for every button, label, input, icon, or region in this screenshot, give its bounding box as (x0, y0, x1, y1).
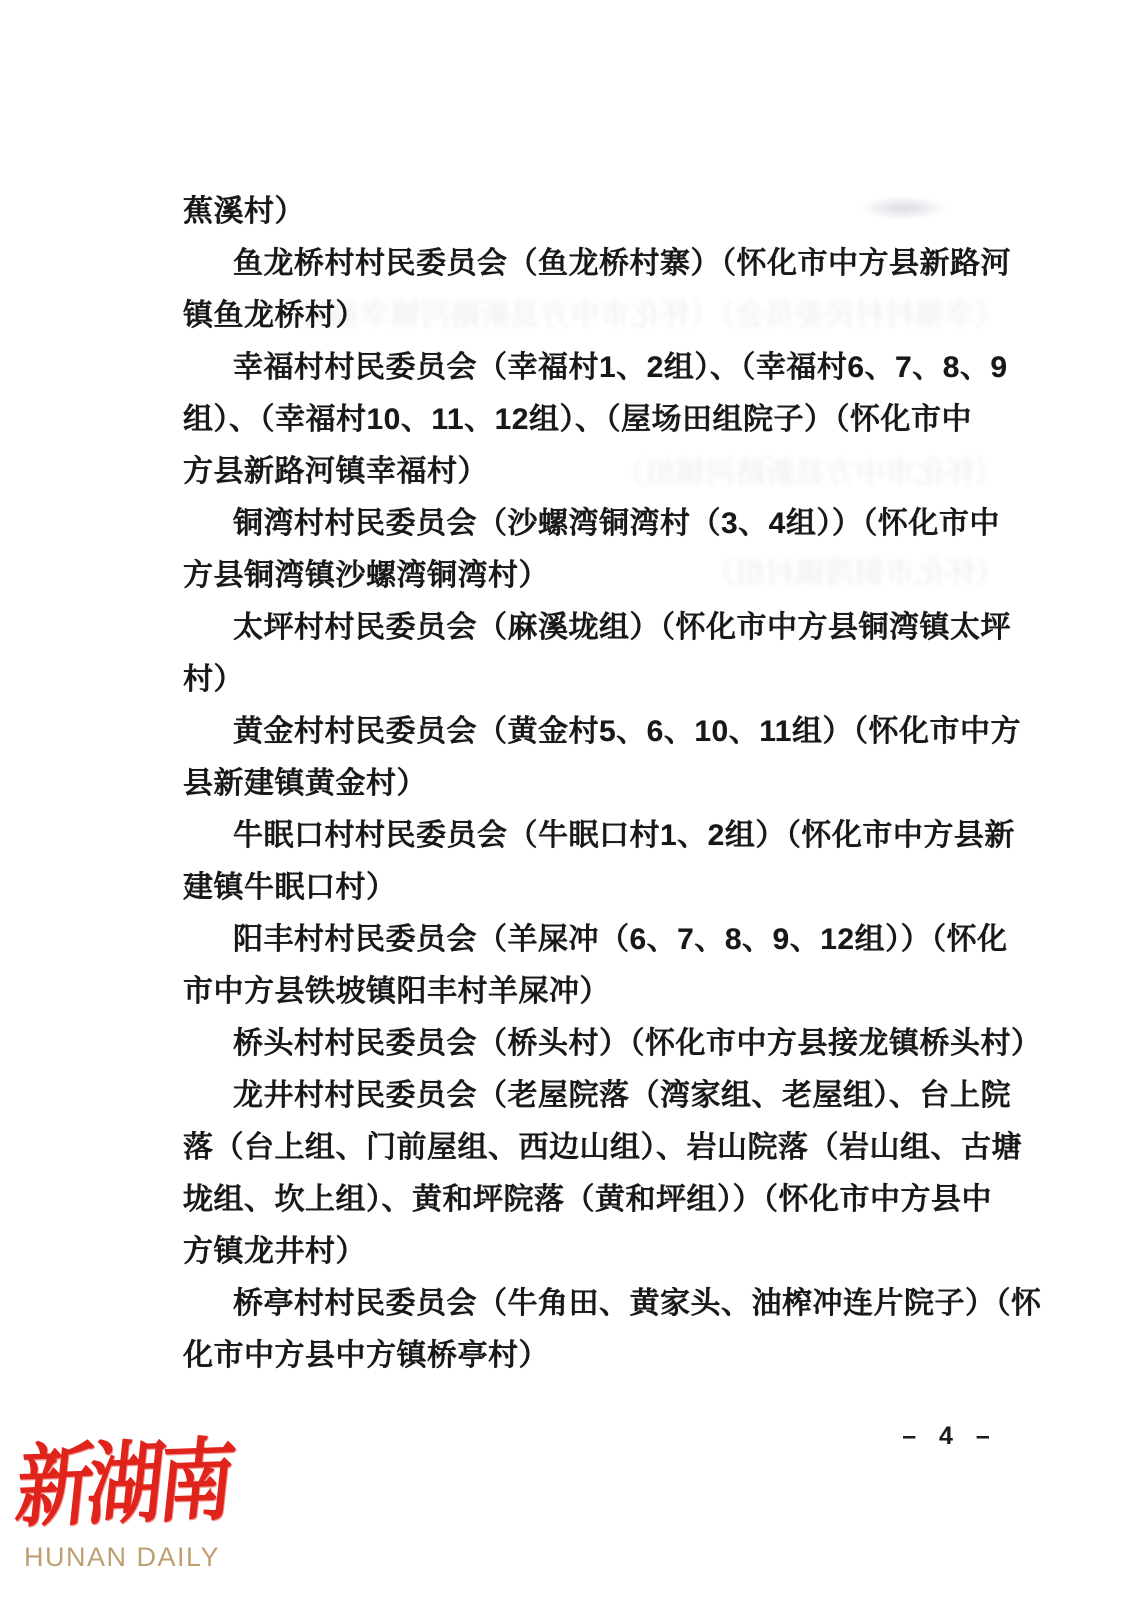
text-line: 方县铜湾镇沙螺湾铜湾村） (183, 550, 1013, 602)
text-line: 化市中方县中方镇桥亭村） (183, 1330, 1013, 1382)
hunan-daily-logo: 新湖南 HUNAN DAILY (12, 1458, 272, 1571)
text-line: 市中方县铁坡镇阳丰村羊屎冲） (183, 966, 1013, 1018)
text-line: 方县新路河镇幸福村） (183, 446, 1013, 498)
text-line: 建镇牛眠口村） (183, 862, 1013, 914)
text-line: 桥亭村村民委员会（牛角田、黄家头、油榨冲连片院子）（怀 (183, 1278, 1013, 1330)
text-line: 村） (183, 654, 1013, 706)
text-line: 方镇龙井村） (183, 1226, 1013, 1278)
text-line: 太坪村村民委员会（麻溪垅组）（怀化市中方县铜湾镇太坪 (183, 602, 1013, 654)
text-line: 组）、（幸福村10、11、12组）、（屋场田组院子）（怀化市中 (183, 394, 1013, 446)
text-line: 落（台上组、门前屋组、西边山组）、岩山院落（岩山组、古塘 (183, 1122, 1013, 1174)
logo-subtitle: HUNAN DAILY (24, 1544, 272, 1571)
logo-brand-calligraphy: 新湖南 (12, 1437, 234, 1534)
scanned-document-page: （幸福村村民委员会）（怀化市中方县新路河镇幸福村组） （怀化市中方县新路河镇组）… (0, 0, 1121, 1600)
text-line: 桥头村村民委员会（桥头村）（怀化市中方县接龙镇桥头村） (183, 1018, 1013, 1070)
document-lines: 蕉溪村）鱼龙桥村村民委员会（鱼龙桥村寨）（怀化市中方县新路河镇鱼龙桥村）幸福村村… (183, 186, 1013, 1382)
text-line: 幸福村村民委员会（幸福村1、2组）、（幸福村6、7、8、9 (183, 342, 1013, 394)
text-line: 阳丰村村民委员会（羊屎冲（6、7、8、9、12组））（怀化 (183, 914, 1013, 966)
text-line: 黄金村村民委员会（黄金村5、6、10、11组）（怀化市中方 (183, 706, 1013, 758)
text-line: 镇鱼龙桥村） (183, 290, 1013, 342)
page-number: – 4 – (890, 1422, 1010, 1451)
text-line: 鱼龙桥村村民委员会（鱼龙桥村寨）（怀化市中方县新路河 (183, 238, 1013, 290)
text-line: 铜湾村村民委员会（沙螺湾铜湾村（3、4组））（怀化市中 (183, 498, 1013, 550)
text-line: 牛眠口村村民委员会（牛眠口村1、2组）（怀化市中方县新 (183, 810, 1013, 862)
text-line: 垅组、坎上组）、黄和坪院落（黄和坪组））（怀化市中方县中 (183, 1174, 1013, 1226)
text-line: 蕉溪村） (183, 186, 1013, 238)
text-line: 县新建镇黄金村） (183, 758, 1013, 810)
text-line: 龙井村村民委员会（老屋院落（湾家组、老屋组）、台上院 (183, 1070, 1013, 1122)
